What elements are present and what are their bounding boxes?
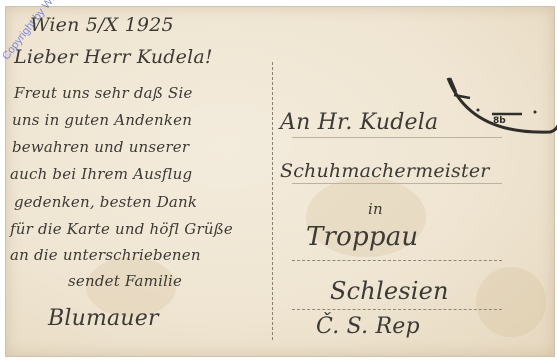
postmark-text: 8b: [493, 116, 506, 126]
signature: Blumauer: [48, 306, 159, 331]
address-rule: [292, 183, 502, 184]
message-line: auch bei Ihrem Ausflug: [10, 165, 192, 183]
message-line: bewahren und unserer: [12, 138, 189, 156]
address-line-2: Schuhmachermeister: [280, 160, 490, 182]
address-line-4: Troppau: [306, 222, 418, 252]
message-line: uns in guten Andenken: [12, 111, 192, 129]
salutation: Lieber Herr Kudela!: [14, 46, 213, 68]
address-line-6: Č. S. Rep: [316, 314, 420, 339]
date-line: Wien 5/X 1925: [30, 14, 174, 36]
address-line-3: in: [368, 200, 383, 218]
stain: [476, 267, 546, 337]
message-line: an die unterschriebenen: [10, 246, 201, 264]
message-line: gedenken, besten Dank: [14, 193, 197, 211]
card-divider: [272, 62, 273, 340]
address-rule: [292, 309, 502, 310]
address-rule: [292, 260, 502, 261]
message-line: sendet Familie: [68, 272, 182, 290]
message-line: Freut uns sehr daß Sie: [14, 84, 193, 102]
address-line-5: Schlesien: [330, 277, 449, 305]
message-line: für die Karte und höfl Grüße: [10, 220, 233, 238]
address-line-1: An Hr. Kudela: [280, 110, 438, 135]
